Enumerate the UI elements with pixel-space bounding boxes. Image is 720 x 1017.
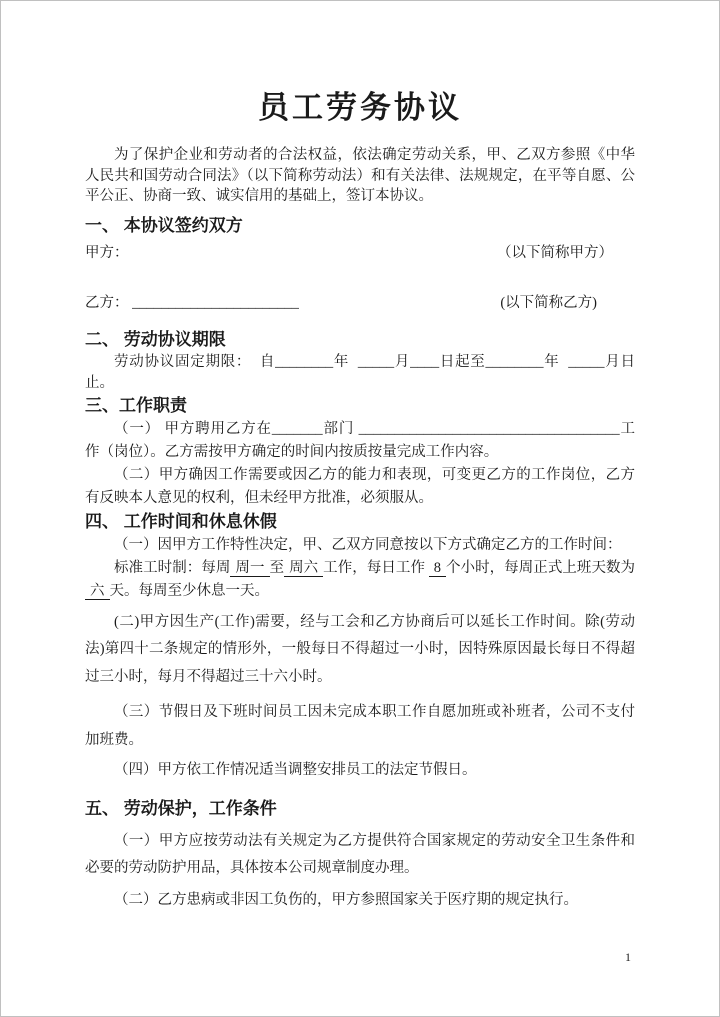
document-page: 员工劳务协议 为了保护企业和劳动者的合法权益，依法确定劳动关系，甲、乙双方参照《… [0,0,720,1017]
section-4-item-1: （一）因甲方工作特性决定，甲、乙双方同意按以下方式确定乙方的工作时间： [85,534,635,557]
work-hours-text-0: 标准工时制：每周 [114,560,230,576]
party-b-row: 乙方： _______________________ (以下简称乙方) [85,293,635,314]
section-2-heading: 二、 劳动协议期限 [85,328,635,352]
section-4-item-2: (二)甲方因生产(工作)需要，经与工会和乙方协商后可以延长工作时间。除(劳动法)… [85,609,635,692]
party-a-note: （以下简称甲方） [497,243,613,264]
daily-hours-value: 8 [429,560,446,577]
document-content: 员工劳务协议 为了保护企业和劳动者的合法权益，依法确定劳动关系，甲、乙双方参照《… [1,1,719,914]
document-title: 员工劳务协议 [85,1,635,129]
work-hours-text-2: 工作，每日工作 [323,560,429,576]
weekly-days-value: 六 [85,583,110,600]
section-2-term-line: 劳动协议固定期限： 自________年 _____月____日起至______… [85,352,635,394]
section-4-heading: 四、 工作时间和休息休假 [85,510,635,534]
section-3-heading: 三、工作职责 [85,394,635,418]
party-b-blank-line: _______________________ [132,293,299,314]
section-4-item-4: （四）甲方依工作情况适当调整安排员工的法定节假日。 [85,757,635,785]
section-4-item-3: （三）节假日及下班时间员工因未完成本职工作自愿加班或补班者，公司不支付加班费。 [85,699,635,754]
section-1-heading: 一、 本协议签约双方 [85,214,635,238]
work-hours-text-3: 个小时，每周正式上班天数为 [446,560,635,576]
section-4-work-hours-line: 标准工时制：每周周一至周六工作，每日工作 8个小时，每周正式上班天数为六天。每周… [85,557,635,603]
section-5-item-2: （二）乙方患病或非因工负伤的，甲方参照国家关于医疗期的规定执行。 [85,887,635,915]
section-3-item-2: （二）甲方确因工作需要或因乙方的能力和表现，可变更乙方的工作岗位，乙方有反映本人… [85,464,635,510]
work-hours-text-1: 至 [270,560,285,576]
section-3-item-1: （一） 甲方聘用乙方在_______部门 ___________________… [85,418,635,464]
party-a-row: 甲方： （以下简称甲方） [85,243,635,264]
page-number: 1 [625,950,631,964]
party-b-label: 乙方： [85,293,132,314]
section-5-heading: 五、 劳动保护，工作条件 [85,796,635,822]
section-5-item-1: （一）甲方应按劳动法有关规定为乙方提供符合国家规定的劳动安全卫生条件和必要的劳动… [85,828,635,883]
work-start-day-value: 周一 [230,560,269,577]
party-b-note: (以下简称乙方) [500,293,597,314]
work-hours-text-4: 天。每周至少休息一天。 [110,583,270,599]
work-end-day-value: 周六 [284,560,323,577]
intro-paragraph: 为了保护企业和劳动者的合法权益，依法确定劳动关系，甲、乙双方参照《中华人民共和国… [85,145,635,207]
party-a-label: 甲方： [85,243,129,264]
